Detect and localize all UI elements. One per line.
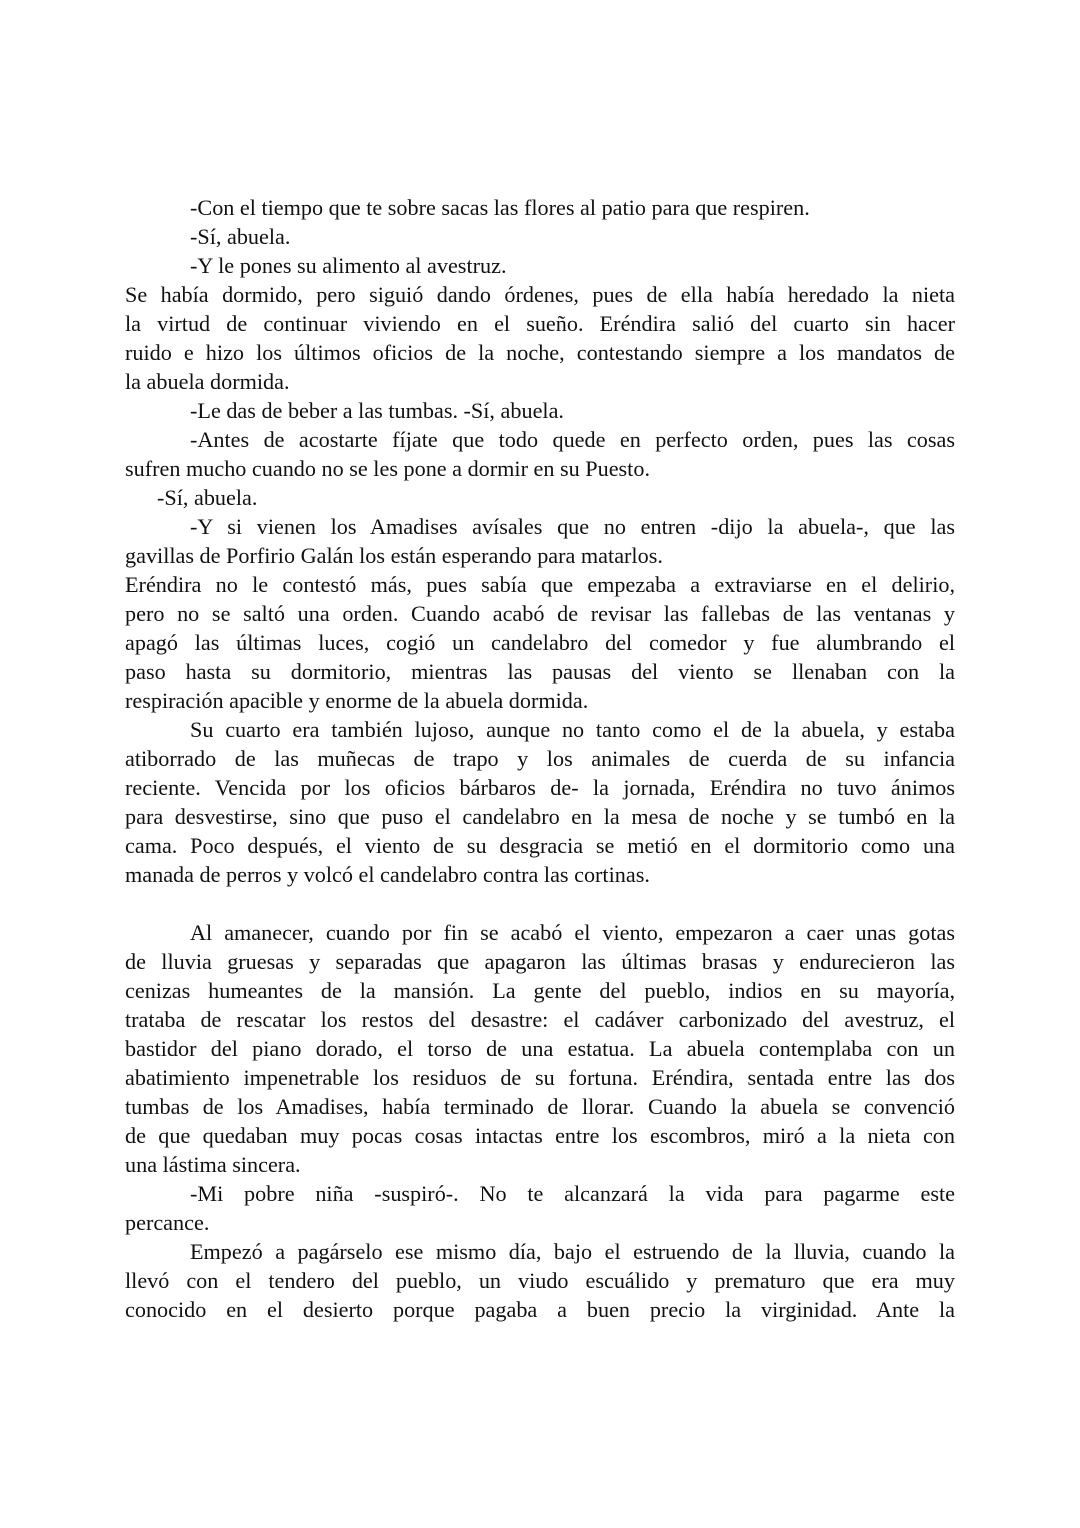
text-line: apagó las últimas luces, cogió un candel…: [125, 628, 955, 657]
text-line: reciente. Vencida por los oficios bárbar…: [125, 773, 955, 802]
text-line: pero no se saltó una orden. Cuando acabó…: [125, 599, 955, 628]
text-line: una lástima sincera.: [125, 1150, 955, 1179]
text-line: de que quedaban muy pocas cosas intactas…: [125, 1121, 955, 1150]
text-line: manada de perros y volcó el candelabro c…: [125, 860, 955, 889]
text-line: percance.: [125, 1208, 955, 1237]
text-line: -Y si vienen los Amadises avísales que n…: [190, 512, 955, 541]
text-line: la virtud de continuar viviendo en el su…: [125, 309, 955, 338]
text-line: -Mi pobre niña -suspiró-. No te alcanzar…: [190, 1179, 955, 1208]
document-page: -Con el tiempo que te sobre sacas las fl…: [0, 0, 1080, 1528]
text-line: la abuela dormida.: [125, 367, 955, 396]
text-line: de lluvia gruesas y separadas que apagar…: [125, 947, 955, 976]
text-line: cama. Poco después, el viento de su desg…: [125, 831, 955, 860]
text-line: conocido en el desierto porque pagaba a …: [125, 1295, 955, 1324]
text-line: ruido e hizo los últimos oficios de la n…: [125, 338, 955, 367]
text-line: Empezó a pagárselo ese mismo día, bajo e…: [190, 1237, 955, 1266]
text-line: -Sí, abuela.: [157, 483, 955, 512]
text-line: Su cuarto era también lujoso, aunque no …: [190, 715, 955, 744]
text-line: tumbas de los Amadises, había terminado …: [125, 1092, 955, 1121]
text-line: cenizas humeantes de la mansión. La gent…: [125, 976, 955, 1005]
text-line: -Y le pones su alimento al avestruz.: [190, 251, 955, 280]
text-line: -Con el tiempo que te sobre sacas las fl…: [190, 193, 955, 222]
text-line: gavillas de Porfirio Galán los están esp…: [125, 541, 955, 570]
text-line: sufren mucho cuando no se les pone a dor…: [125, 454, 955, 483]
text-line: Se había dormido, pero siguió dando órde…: [125, 280, 955, 309]
text-line: bastidor del piano dorado, el torso de u…: [125, 1034, 955, 1063]
text-line: llevó con el tendero del pueblo, un viud…: [125, 1266, 955, 1295]
text-line: trataba de rescatar los restos del desas…: [125, 1005, 955, 1034]
text-line: Eréndira no le contestó más, pues sabía …: [125, 570, 955, 599]
text-line: -Sí, abuela.: [190, 222, 955, 251]
text-line: respiración apacible y enorme de la abue…: [125, 686, 955, 715]
text-line: paso hasta su dormitorio, mientras las p…: [125, 657, 955, 686]
text-line: abatimiento impenetrable los residuos de…: [125, 1063, 955, 1092]
text-line: Al amanecer, cuando por fin se acabó el …: [190, 918, 955, 947]
text-line: atiborrado de las muñecas de trapo y los…: [125, 744, 955, 773]
text-line: -Le das de beber a las tumbas. -Sí, abue…: [190, 396, 955, 425]
text-line: para desvestirse, sino que puso el cande…: [125, 802, 955, 831]
text-line: -Antes de acostarte fíjate que todo qued…: [190, 425, 955, 454]
